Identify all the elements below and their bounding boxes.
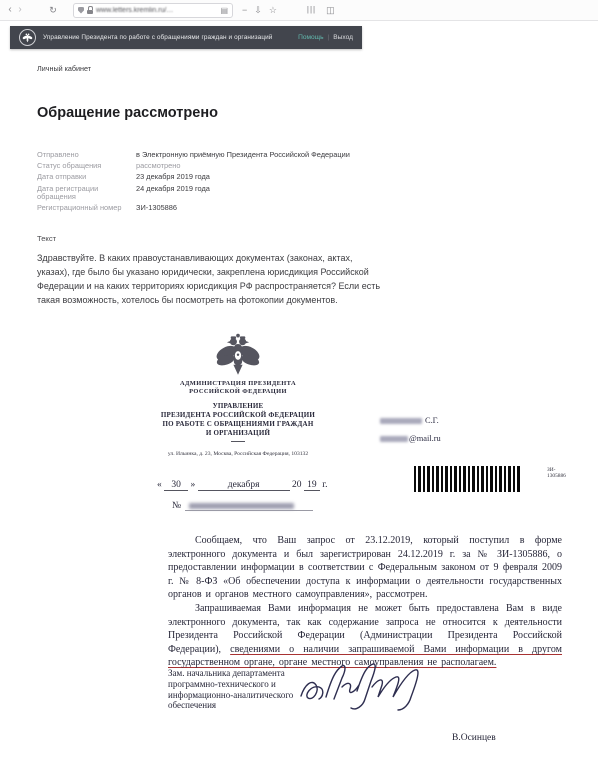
appeal-text: Здравствуйте. В каких правоустанавливающ… <box>37 251 382 307</box>
reply-letter-scan: АДМИНИСТРАЦИЯ ПРЕЗИДЕНТА РОССИЙСКОЙ ФЕДЕ… <box>0 330 598 768</box>
reload-icon[interactable]: ↻ <box>47 0 59 20</box>
address-bar[interactable]: www.letters.kremlin.ru/… ▤ <box>73 3 233 18</box>
kremlin-emblem-icon <box>19 29 36 46</box>
redacted-surname <box>380 418 422 424</box>
dept-line3: ПО РАБОТЕ С ОБРАЩЕНИЯМИ ГРАЖДАН <box>152 420 324 429</box>
barcode-label-line2: 1305886 <box>547 473 566 479</box>
meta-row-sent-to: Отправлено в Электронную приёмную Презид… <box>37 151 397 159</box>
date-suffix: г. <box>322 480 327 490</box>
letter-date: « 30 » декабря 20 19 г. <box>157 480 327 491</box>
dept-line4: И ОРГАНИЗАЦИЙ <box>152 429 324 438</box>
dept-line2: ПРЕЗИДЕНТА РОССИЙСКОЙ ФЕДЕРАЦИИ <box>152 411 324 420</box>
status-badge: рассмотрено <box>136 162 180 170</box>
library-icon[interactable]: ||| <box>307 0 316 20</box>
date-century: 20 <box>292 480 302 490</box>
redacted-number <box>185 501 313 511</box>
meta-row-registration-date: Дата регистрации обращения 24 декабря 20… <box>37 185 397 202</box>
signer-name: В.Осинцев <box>452 733 496 743</box>
letterhead-rule <box>231 441 245 442</box>
barcode-label: ЗИ- 1305886 <box>547 467 566 480</box>
letter-body: Сообщаем, что Ваш запрос от 23.12.2019, … <box>168 534 562 670</box>
help-link[interactable]: Помощь <box>298 34 323 41</box>
letter-number-line: № <box>172 501 313 511</box>
meta-label: Отправлено <box>37 151 136 159</box>
download-icon[interactable]: ⇩ <box>254 0 262 20</box>
quote-close: » <box>191 480 196 490</box>
letterhead-address: ул. Ильинка, д. 23, Москва, Российская Ф… <box>152 451 324 457</box>
email-domain: @mail.ru <box>409 434 441 443</box>
minus-icon[interactable]: − <box>242 0 247 20</box>
appeal-meta: Отправлено в Электронную приёмную Презид… <box>37 151 397 215</box>
bookmark-star-icon[interactable]: ☆ <box>269 0 277 20</box>
url-text[interactable]: www.letters.kremlin.ru/… <box>96 7 217 14</box>
site-header: Управление Президента по работе с обраще… <box>10 26 362 49</box>
meta-label: Статус обращения <box>37 162 136 170</box>
tracking-shield-icon[interactable] <box>78 7 84 14</box>
header-divider: | <box>328 34 330 41</box>
meta-row-status: Статус обращения рассмотрено <box>37 162 397 170</box>
meta-label: Дата регистрации обращения <box>37 185 136 202</box>
letterhead: АДМИНИСТРАЦИЯ ПРЕЗИДЕНТА РОССИЙСКОЙ ФЕДЕ… <box>152 332 324 457</box>
registration-number: ЗИ-1305886 <box>136 204 177 212</box>
coat-of-arms-russia-icon <box>215 332 261 376</box>
handwritten-signature <box>293 656 443 716</box>
page-action-icon[interactable]: ▤ <box>220 6 228 15</box>
page-title: Обращение рассмотрено <box>37 105 218 121</box>
forward-icon[interactable]: › <box>15 0 25 20</box>
sidebar-icon[interactable]: ◫ <box>326 0 335 20</box>
recipient-name: С.Г. <box>380 416 441 425</box>
meta-value: 23 декабря 2019 года <box>136 173 210 181</box>
logout-link[interactable]: Выход <box>333 34 353 41</box>
date-month: декабря <box>198 480 290 491</box>
dept-line1: УПРАВЛЕНИЕ <box>152 402 324 411</box>
recipient-email: @mail.ru <box>380 434 441 443</box>
number-sign: № <box>172 501 181 511</box>
date-year: 19 <box>304 480 320 491</box>
recipient-block: С.Г. @mail.ru <box>380 416 441 443</box>
letter-paragraph-1: Сообщаем, что Ваш запрос от 23.12.2019, … <box>168 534 562 602</box>
breadcrumb-personal-cabinet[interactable]: Личный кабинет <box>37 64 91 73</box>
meta-value: 24 декабря 2019 года <box>136 185 210 193</box>
redacted-email <box>380 436 408 442</box>
org-name-line1: АДМИНИСТРАЦИЯ ПРЕЗИДЕНТА <box>152 380 324 388</box>
text-section-label: Текст <box>37 234 56 243</box>
back-icon[interactable]: ‹ <box>5 0 15 20</box>
recipient-initials: С.Г. <box>425 416 439 425</box>
site-title: Управление Президента по работе с обраще… <box>43 34 272 41</box>
org-name-line2: РОССИЙСКОЙ ФЕДЕРАЦИИ <box>152 388 324 396</box>
browser-toolbar: ‹ › ↻ www.letters.kremlin.ru/… ▤ − ⇩ ☆ |… <box>0 0 598 21</box>
date-day: 30 <box>164 480 188 491</box>
barcode <box>414 466 522 492</box>
quote-open: « <box>157 480 162 490</box>
meta-row-sent-date: Дата отправки 23 декабря 2019 года <box>37 173 397 181</box>
lock-icon[interactable] <box>87 6 93 14</box>
meta-label: Регистрационный номер <box>37 204 136 212</box>
meta-value: в Электронную приёмную Президента Россий… <box>136 151 350 159</box>
meta-label: Дата отправки <box>37 173 136 181</box>
meta-row-registration-number: Регистрационный номер ЗИ-1305886 <box>37 204 397 212</box>
